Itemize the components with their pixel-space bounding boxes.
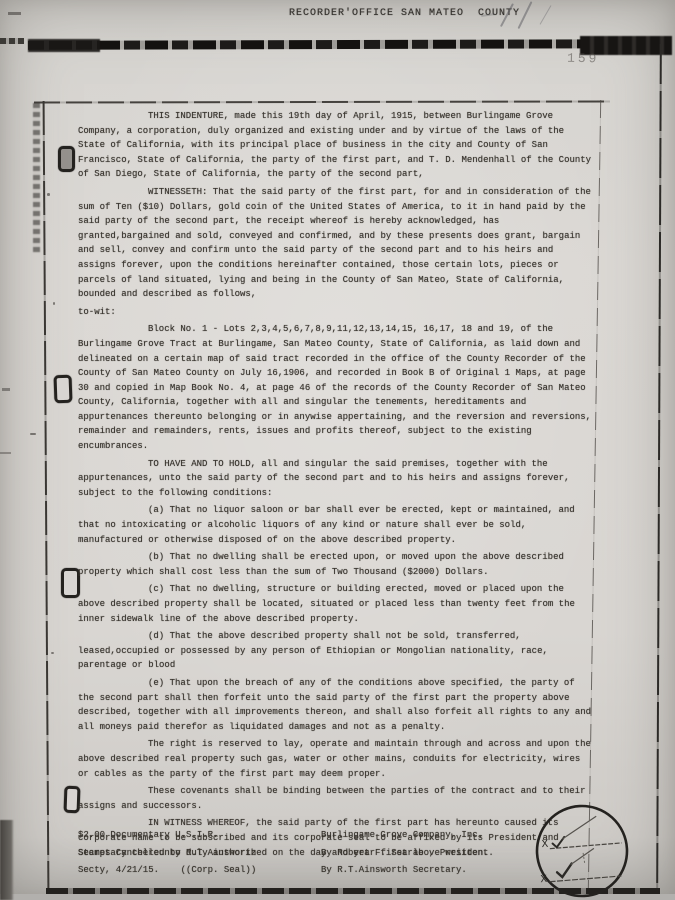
deed-condition-a: (a) That no liquor saloon or bar shall e… <box>78 503 592 547</box>
deed-condition-c: (c) That no dwelling, structure or build… <box>78 582 592 626</box>
stamp-line-bottom <box>549 876 621 882</box>
deed-paragraph: THIS INDENTURE, made this 19th day of Ap… <box>78 109 592 182</box>
edge-smudge <box>8 12 21 15</box>
edge-smudge <box>2 388 10 391</box>
stamp-x-top: X <box>541 839 549 851</box>
stamps-cancelled-line: Stamps Cancelled by R.T.Ainsworth <box>78 847 321 860</box>
signature-block: $2.00 Documentary U.S.I.R. Burlingame Gr… <box>78 829 598 877</box>
stamp-x-bottom: X <box>540 874 548 886</box>
deed-paragraph: TO HAVE AND TO HOLD, all and singular th… <box>78 457 592 501</box>
left-margin-hatch <box>33 103 40 253</box>
deed-paragraph: Block No. 1 - Lots 2,3,4,5,6,7,8,9,11,12… <box>78 322 592 453</box>
deed-condition-e: (e) That upon the breach of any of the c… <box>78 676 592 734</box>
photo-left-edge-shadow <box>0 820 14 900</box>
pen-scratch-mark <box>540 5 552 25</box>
edge-smudge <box>0 452 11 454</box>
scanned-deed-page: RECORDER'OFFICE SAN MATEO COUNTY 159 THI… <box>0 0 675 900</box>
right-outer-rule <box>656 44 662 894</box>
stamp-check-bottom <box>557 864 573 878</box>
secretary-date-seal-line: Secty, 4/21/15. ((Corp. Seal)) <box>78 864 321 877</box>
ink-speck <box>30 433 36 435</box>
ink-speck <box>53 302 55 305</box>
deed-paragraph: WITNESSETH: That the said party of the f… <box>78 185 592 302</box>
documentary-stamp-line: $2.00 Documentary U.S.I.R. <box>78 829 321 842</box>
inner-top-rule <box>34 100 610 103</box>
stamp-circle <box>535 804 630 899</box>
deed-paragraph: to-wit: <box>78 305 592 320</box>
edge-smudge <box>0 38 24 44</box>
page-number: 159 <box>567 51 600 67</box>
stamp-stroke-top <box>561 816 597 839</box>
left-margin-rule <box>43 101 50 892</box>
stamp-stroke-bottom <box>570 848 595 864</box>
deed-paragraph: The right is reserved to lay, operate an… <box>78 737 592 781</box>
deed-body-text: THIS INDENTURE, made this 19th day of Ap… <box>78 109 592 863</box>
top-border-band-left <box>28 39 100 52</box>
ink-speck <box>51 652 54 654</box>
binding-punch-mark <box>58 146 75 172</box>
binding-punch-mark <box>54 375 73 404</box>
top-border-band <box>28 39 670 50</box>
deed-condition-b: (b) That no dwelling shall be erected up… <box>78 550 592 579</box>
deed-paragraph: These covenants shall be binding between… <box>78 784 592 813</box>
verification-stamp: X X <box>523 798 640 900</box>
ink-speck <box>47 193 50 196</box>
deed-condition-d: (d) That the above described property sh… <box>78 629 592 673</box>
